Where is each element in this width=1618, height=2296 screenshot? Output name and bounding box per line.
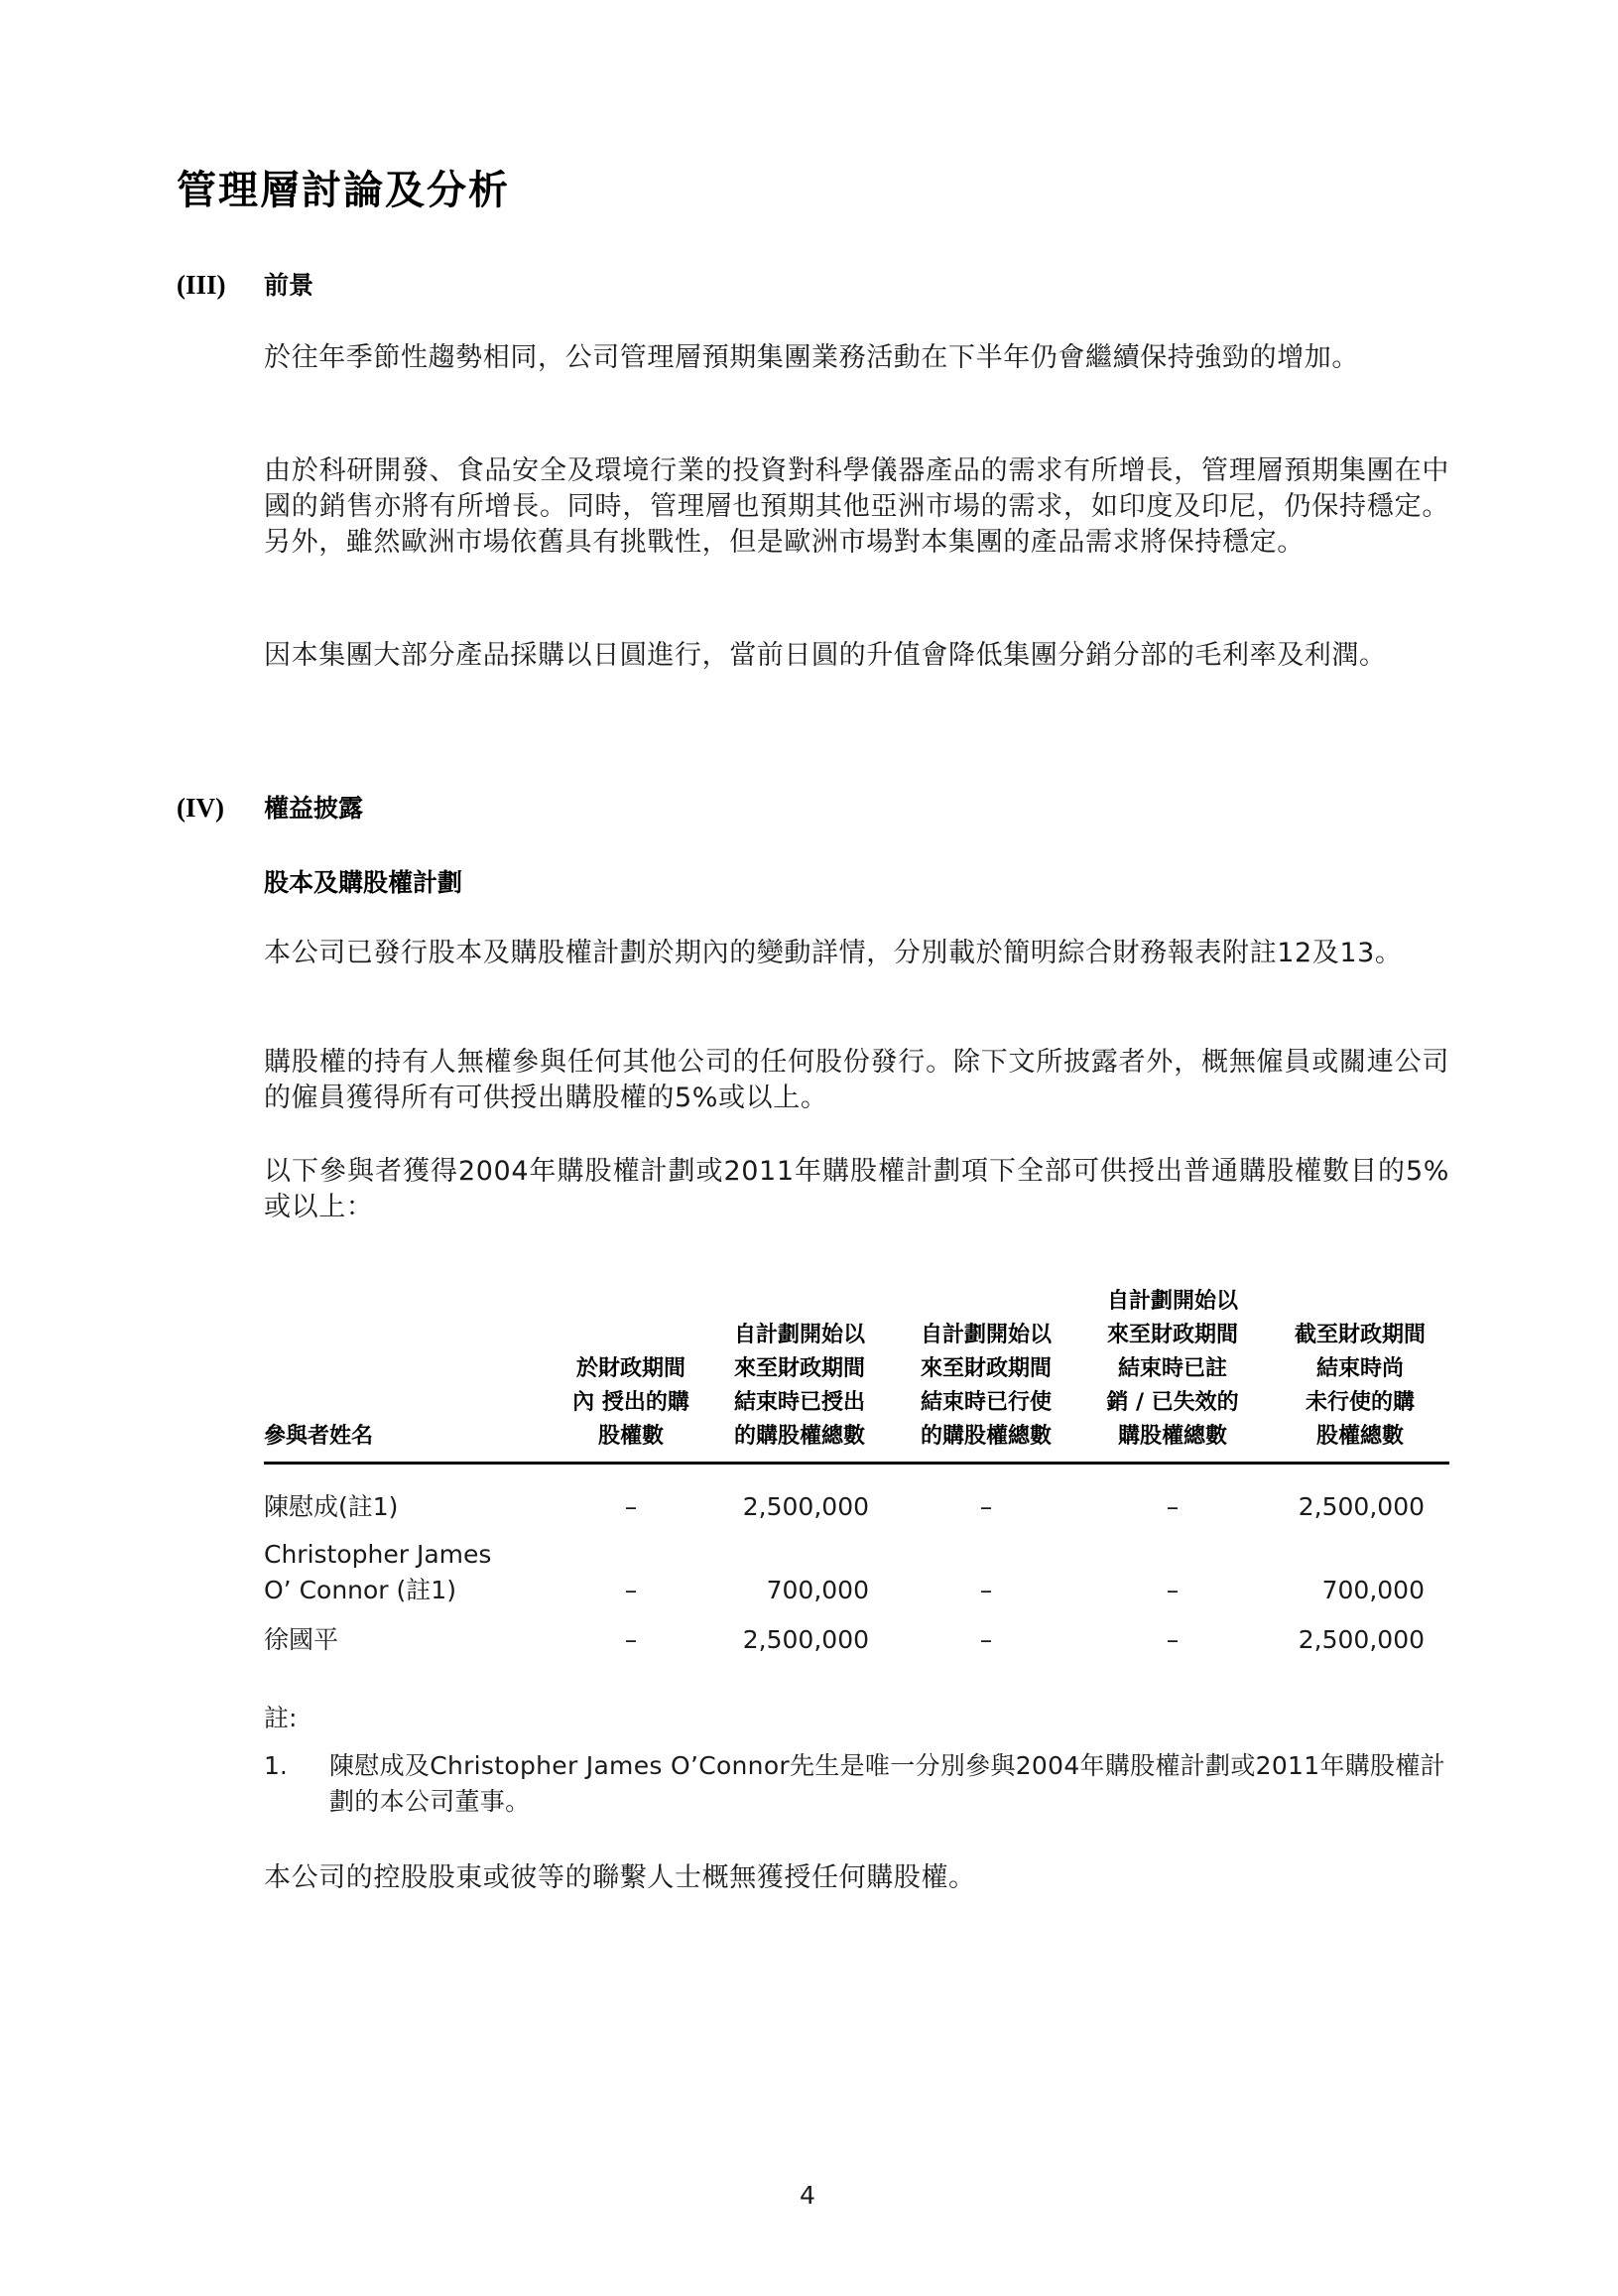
share-option-table: 參與者姓名 於財政期間 內 授出的購 股權數 自計劃開始以 來至財政期間 結束時… [264, 1282, 1449, 1465]
exercised-total: – [907, 1622, 1065, 1658]
cancelled-lapsed-total: – [1093, 1622, 1252, 1658]
section-number: (IV) [177, 793, 264, 824]
granted-total: 2,500,000 [700, 1489, 869, 1525]
closing-paragraph: 本公司的控股股東或彼等的聯繫人士概無獲授任何購股權。 [264, 1860, 1449, 1896]
exercised-total: – [907, 1573, 1065, 1608]
column-header-cancelled-lapsed-total: 自計劃開始以 來至財政期間 結束時已註 銷 / 已失效的 購股權總數 [1093, 1285, 1252, 1454]
subheading-share-capital-options: 股本及購股權計劃 [264, 863, 462, 899]
page-title: 管理層討論及分析 [177, 159, 510, 215]
table-row: 徐國平 – 2,500,000 – – 2,500,000 [264, 1622, 1449, 1662]
page-number: 4 [800, 2181, 815, 2210]
section-heading-prospects: (III)前景 [177, 266, 313, 302]
granted-in-period: – [561, 1573, 700, 1608]
paragraph: 本公司已發行股本及購股權計劃於期內的變動詳情，分別載於簡明綜合財務報表附註12及… [264, 936, 1449, 971]
cancelled-lapsed-total: – [1093, 1573, 1252, 1608]
cancelled-lapsed-total: – [1093, 1489, 1252, 1525]
section-title: 前景 [264, 271, 313, 300]
section-title: 權益披露 [264, 794, 363, 823]
outstanding: 700,000 [1256, 1573, 1425, 1608]
paragraph: 購股權的持有人無權參與任何其他公司的任何股份發行。除下文所披露者外，概無僱員或關… [264, 1045, 1449, 1116]
participant-name: Christopher James O’ Connor (註1) [264, 1537, 491, 1608]
note-number: 1. [264, 1748, 288, 1784]
exercised-total: – [907, 1489, 1065, 1525]
outstanding: 2,500,000 [1256, 1622, 1425, 1658]
participant-name: 陳慰成(註1) [264, 1489, 398, 1525]
section-heading-disclosure-of-interests: (IV)權益披露 [177, 789, 363, 825]
granted-total: 2,500,000 [700, 1622, 869, 1658]
paragraph: 於往年季節性趨勢相同，公司管理層預期集團業務活動在下半年仍會繼續保持強勁的增加。 [264, 340, 1449, 376]
table-row: 陳慰成(註1) – 2,500,000 – – 2,500,000 [264, 1489, 1449, 1529]
column-header-granted-in-period: 於財政期間 內 授出的購 股權數 [561, 1352, 700, 1454]
paragraph: 因本集團大部分產品採購以日圓進行，當前日圓的升值會降低集團分銷分部的毛利率及利潤… [264, 638, 1449, 674]
column-header-outstanding: 截至財政期間 結束時尚 未行使的購 股權總數 [1281, 1319, 1439, 1454]
table-header: 參與者姓名 於財政期間 內 授出的購 股權數 自計劃開始以 來至財政期間 結束時… [264, 1282, 1449, 1465]
table-row: Christopher James O’ Connor (註1) – 700,0… [264, 1537, 1449, 1616]
participant-name: 徐國平 [264, 1622, 338, 1658]
granted-in-period: – [561, 1622, 700, 1658]
granted-in-period: – [561, 1489, 700, 1525]
granted-total: 700,000 [700, 1573, 869, 1608]
note-text: 陳慰成及Christopher James O’Connor先生是唯一分別參與2… [329, 1748, 1449, 1820]
outstanding: 2,500,000 [1256, 1489, 1425, 1525]
column-header-participant-name: 參與者姓名 [264, 1420, 462, 1454]
paragraph: 由於科研開發、食品安全及環境行業的投資對科學儀器產品的需求有所增長，管理層預期集… [264, 453, 1449, 561]
notes-label: 註: [264, 1699, 297, 1734]
column-header-granted-total: 自計劃開始以 來至財政期間 結束時已授出 的購股權總數 [720, 1319, 879, 1454]
column-header-exercised-total: 自計劃開始以 來至財政期間 結束時已行使 的購股權總數 [907, 1319, 1065, 1454]
section-number: (III) [177, 270, 264, 301]
paragraph: 以下參與者獲得2004年購股權計劃或2011年購股權計劃項下全部可供授出普通購股… [264, 1154, 1449, 1225]
